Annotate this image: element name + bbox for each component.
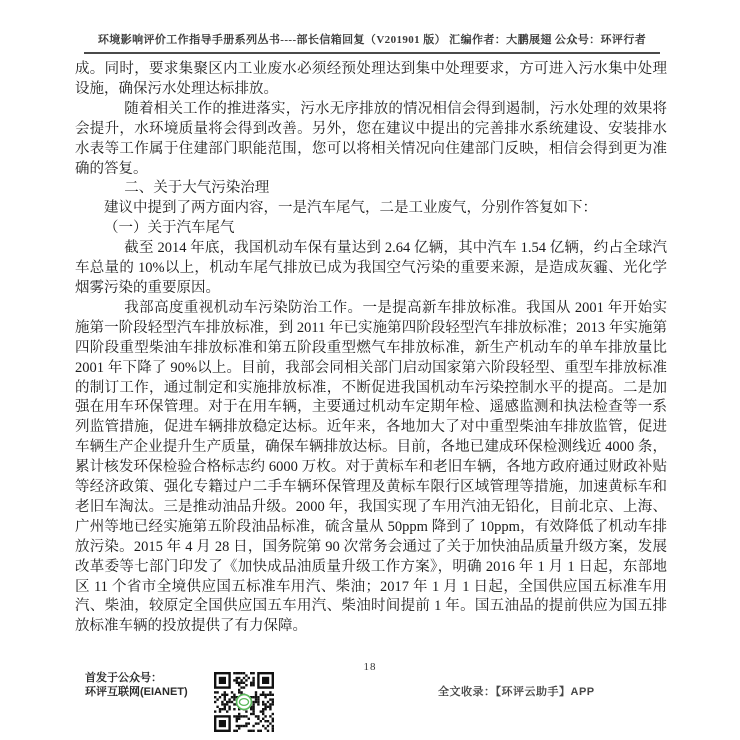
- publisher-line2: 环评互联网(EIANET): [85, 685, 188, 699]
- publisher-line1: 首发于公众号：: [85, 671, 188, 685]
- qr-code: [214, 671, 274, 733]
- paragraph: 我部高度重视机动车污染防治工作。一是提高新车排放标准。我国从 2001 年开始实…: [75, 299, 667, 637]
- document-body: 成。同时，要求集聚区内工业废水必须经预处理达到集中处理要求，方可进入污水集中处理…: [75, 60, 667, 637]
- header-text: 环境影响评价工作指导手册系列丛书----部长信箱回复（V201901 版） 汇编…: [98, 34, 646, 46]
- section-heading: 二、关于大气污染治理: [75, 179, 667, 199]
- paragraph: 随着相关工作的推进落实，污水无序排放的情况相信会得到遏制，污水处理的效果将会提升…: [75, 100, 667, 180]
- collection-note: 全文收录：【环评云助手】APP: [438, 683, 595, 699]
- qr-code-image: [214, 671, 274, 733]
- paragraph: 成。同时，要求集聚区内工业废水必须经预处理达到集中处理要求，方可进入污水集中处理…: [75, 60, 667, 100]
- subsection-heading: （一）关于汽车尾气: [75, 219, 667, 239]
- paragraph: 截至 2014 年底，我国机动车保有量达到 2.64 亿辆，其中汽车 1.54 …: [75, 239, 667, 299]
- publisher-info: 首发于公众号： 环评互联网(EIANET): [85, 671, 188, 699]
- paragraph: 建议中提到了两方面内容，一是汽车尾气，二是工业废气，分别作答复如下：: [75, 199, 667, 219]
- document-page: 环境影响评价工作指导手册系列丛书----部长信箱回复（V201901 版） 汇编…: [0, 0, 740, 740]
- page-header: 环境影响评价工作指导手册系列丛书----部长信箱回复（V201901 版） 汇编…: [84, 31, 660, 54]
